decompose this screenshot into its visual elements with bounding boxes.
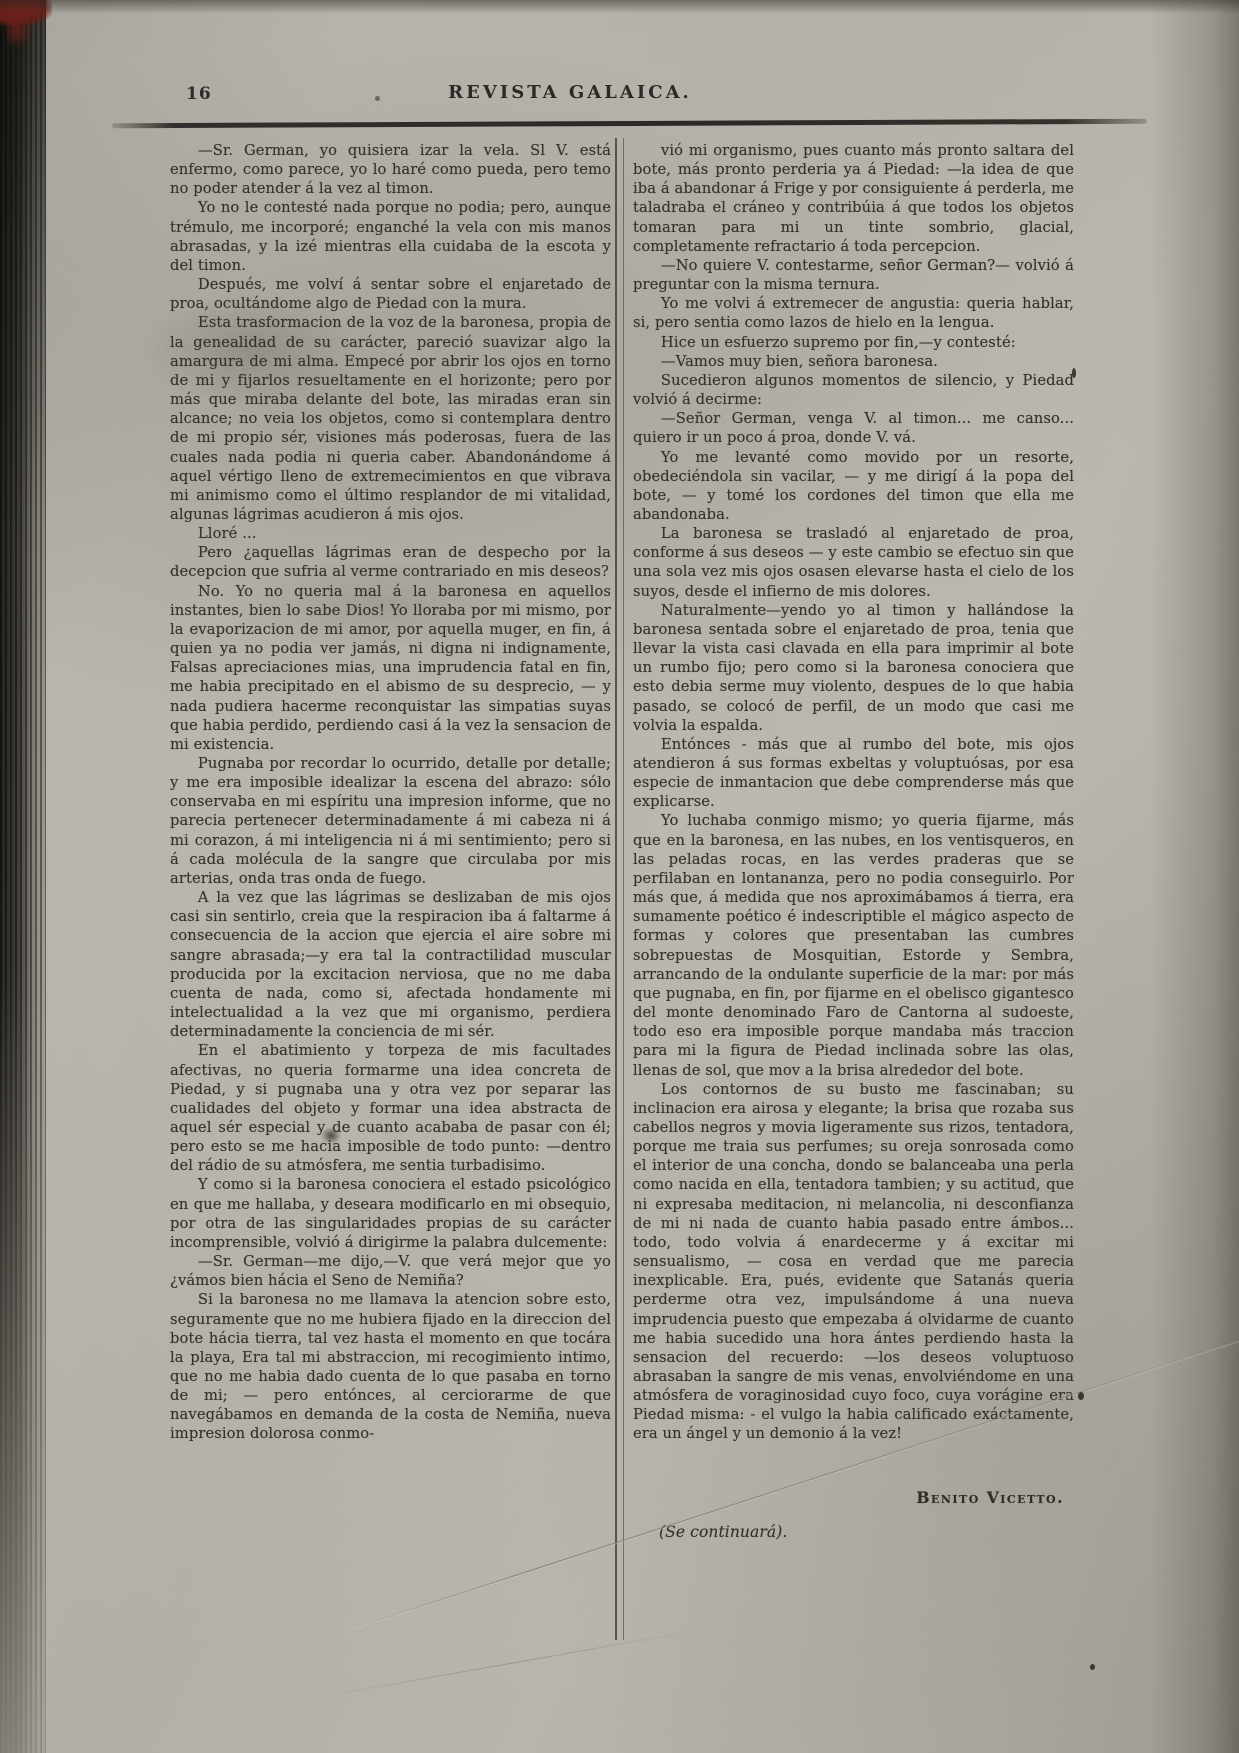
continuation-note: (Se continuará). [633, 1523, 1074, 1542]
paragraph: Yo me levanté como movido por un resorte… [633, 448, 1074, 525]
paragraph: Esta trasformacion de la voz de la baron… [170, 313, 611, 524]
scanned-page: 16 REVISTA GALAICA. —Sr. German, yo quis… [0, 0, 1239, 1753]
paragraph: Pugnaba por recordar lo ocurrido, detall… [170, 754, 611, 888]
paragraph: Después, me volví á sentar sobre el enja… [170, 275, 611, 313]
ink-speck [1072, 368, 1076, 378]
author-signature: Benito Vicetto. [633, 1488, 1074, 1507]
ink-blot [321, 1127, 341, 1144]
paragraph: —Sr. German, yo quisiera izar la vela. S… [170, 141, 611, 198]
paragraph: A la vez que las lágrimas se deslizaban … [170, 888, 611, 1041]
paragraph: Los contornos de su busto me fascinaban;… [633, 1080, 1074, 1444]
paragraph: Entónces - más que al rumbo del bote, mi… [633, 735, 1074, 812]
ink-speck [1078, 1392, 1084, 1400]
binding-tape-mark [6, 18, 32, 48]
page-curl-shadow [1149, 0, 1239, 1753]
paragraph: Yo me volvi á extremecer de angustia: qu… [633, 294, 1074, 332]
book-binding-shadow [0, 0, 46, 1753]
paragraph: Y como si la baronesa conociera el estad… [170, 1175, 611, 1252]
paragraph: Lloré ... [170, 524, 611, 543]
column-divider [615, 138, 624, 1640]
ink-speck [1090, 1664, 1095, 1670]
paragraph: La baronesa se trasladó al enjaretado de… [633, 524, 1074, 601]
paragraph: Naturalmente—yendo yo al timon y hallánd… [633, 601, 1074, 735]
paragraph: No. Yo no queria mal á la baronesa en aq… [170, 582, 611, 754]
paragraph: —No quiere V. contestarme, señor German?… [633, 256, 1074, 294]
paragraph: Pero ¿aquellas lágrimas eran de despecho… [170, 543, 611, 581]
ink-speck [375, 96, 380, 101]
paragraph: Hice un esfuerzo supremo por fin,—y cont… [633, 333, 1074, 352]
paragraph: —Sr. German—me dijo,—V. que verá mejor q… [170, 1252, 611, 1290]
journal-title: REVISTA GALAICA. [380, 82, 760, 103]
paragraph: Yo no le contesté nada porque no podia; … [170, 198, 611, 275]
paragraph: Si la baronesa no me llamava la atencion… [170, 1290, 611, 1443]
paragraph: En el abatimiento y torpeza de mis facul… [170, 1041, 611, 1175]
left-column: —Sr. German, yo quisiera izar la vela. S… [170, 141, 611, 1444]
scan-edge-shadow [0, 0, 1239, 14]
right-column-paragraphs: vió mi organismo, pues cuanto más pronto… [633, 141, 1074, 1444]
paragraph: vió mi organismo, pues cuanto más pronto… [633, 141, 1074, 256]
right-column: vió mi organismo, pues cuanto más pronto… [633, 141, 1074, 1542]
paragraph: Yo luchaba conmigo mismo; yo queria fija… [633, 811, 1074, 1079]
paper-crease [300, 1627, 714, 1701]
paragraph: Sucedieron algunos momentos de silencio,… [633, 371, 1074, 409]
paragraph: —Vamos muy bien, señora baronesa. [633, 352, 1074, 371]
header-rule [112, 119, 1147, 129]
page-number: 16 [186, 84, 212, 104]
paragraph: —Señor German, venga V. al timon... me c… [633, 409, 1074, 447]
